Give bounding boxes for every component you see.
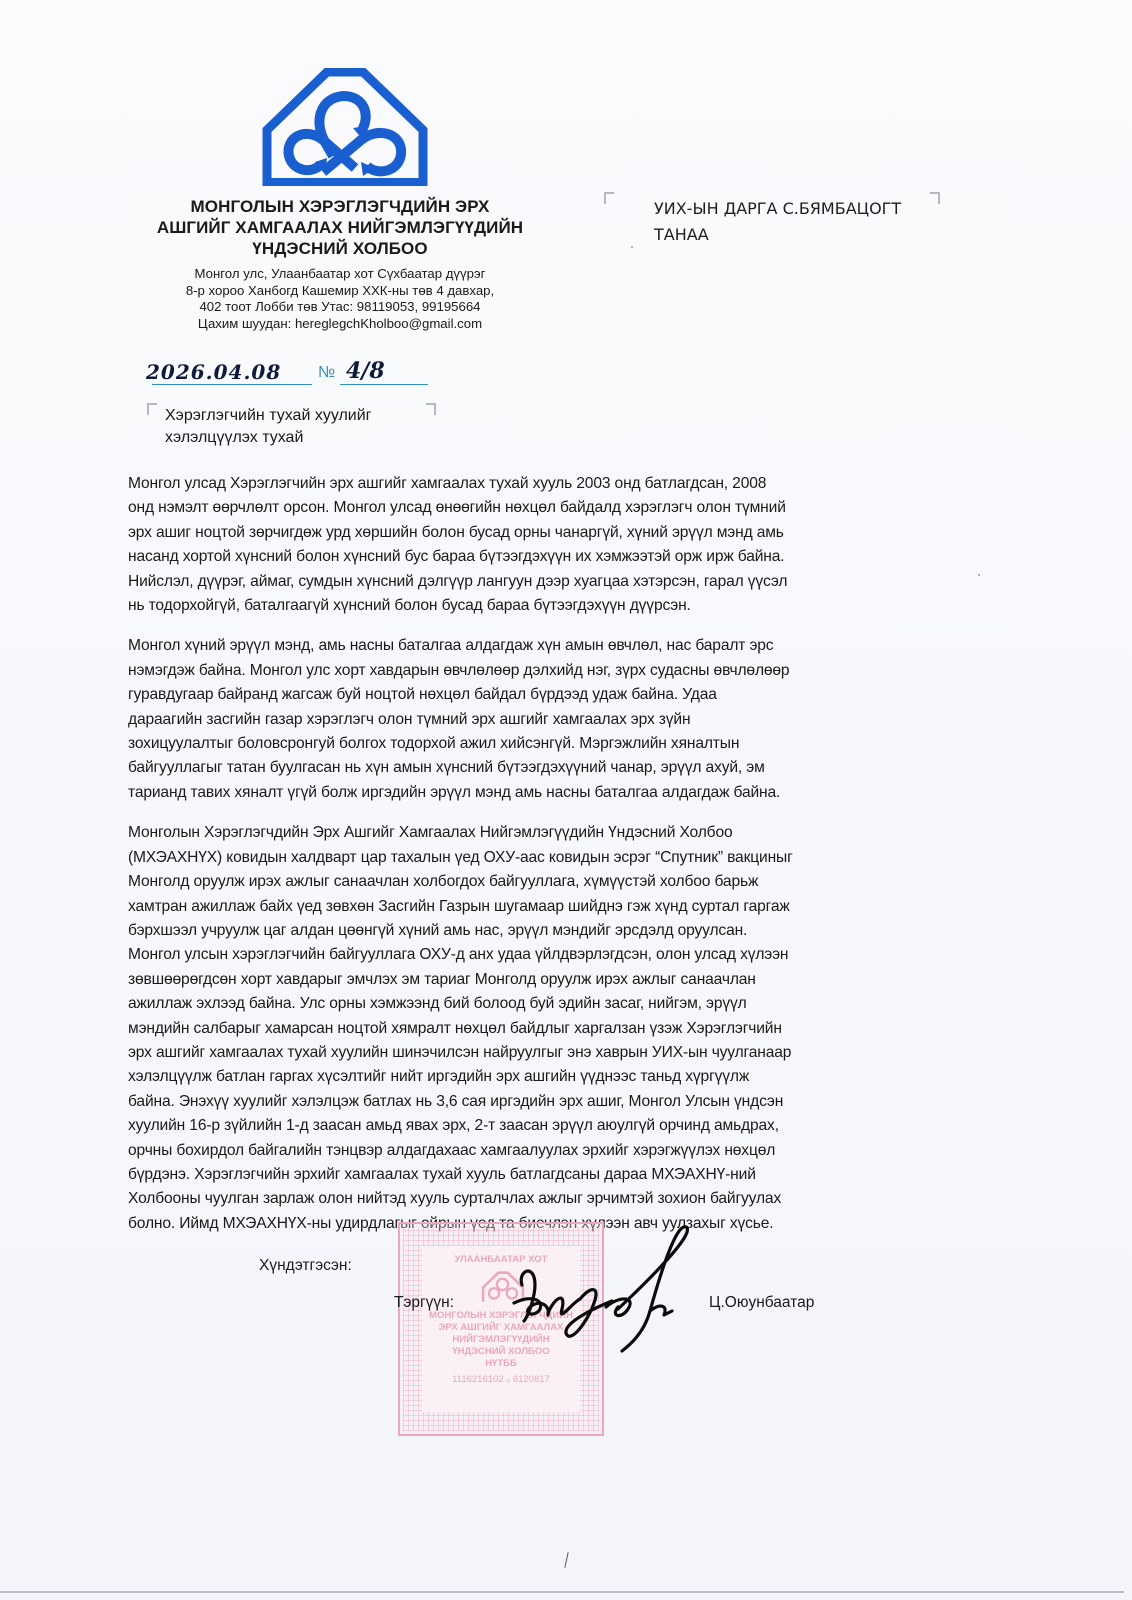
body-line: мэндийн салбарыг хамарсан ноцтой хямралт… bbox=[128, 1017, 988, 1041]
number-label: № bbox=[318, 364, 335, 382]
letter-body: Монгол улсад Хэрэглэгчийн эрх ашгийг хам… bbox=[128, 472, 988, 1252]
page-bottom-edge bbox=[0, 1591, 1124, 1593]
organization-name: МОНГОЛЫН ХЭРЭГЛЭГЧДИЙН ЭРХ АШГИЙГ ХАМГАА… bbox=[120, 196, 560, 259]
body-line: хуулийн 16-р зүйлийн 1-д заасан амьд ява… bbox=[128, 1114, 988, 1138]
letter-page: МОНГОЛЫН ХЭРЭГЛЭГЧДИЙН ЭРХ АШГИЙГ ХАМГАА… bbox=[0, 0, 1132, 1600]
body-line: байна. Энэхүү хуулийг хэлэлцэж батлах нь… bbox=[128, 1090, 988, 1114]
body-line: хэлэлцүүлж батлан гаргах хүсэлтийг нийт … bbox=[128, 1065, 988, 1089]
body-line: бэрхшээл учруулж цаг алдан цөөнгүй хүний… bbox=[128, 919, 988, 943]
body-line: нь тодорхойгүй, баталгаагүй хүнсний боло… bbox=[128, 594, 988, 618]
body-line: Холбооны чуулган зарлаж олон нийтэд хуул… bbox=[128, 1187, 988, 1211]
closing-phrase: Хүндэтгэсэн: bbox=[259, 1257, 352, 1275]
addressee-line: УИХ-ЫН ДАРГА С.БЯМБАЦОГТ bbox=[654, 196, 901, 222]
corner-bracket bbox=[930, 192, 940, 204]
pen-mark bbox=[564, 1552, 568, 1568]
body-line: хамтран ажиллаж байх үед зөвхөн Засгийн … bbox=[128, 895, 988, 919]
reference-line: 2026.04.08 № 4/8 bbox=[140, 360, 440, 386]
body-line: нэмэгдэж байна. Монгол улс хорт хавдарын… bbox=[128, 659, 988, 683]
addressee: УИХ-ЫН ДАРГА С.БЯМБАЦОГТ ТАНАА bbox=[654, 196, 901, 248]
body-line: эрх ашиг ноцтой зөрчигдөж урд хөршийн бо… bbox=[128, 521, 988, 545]
corner-bracket bbox=[604, 192, 614, 204]
body-line: орчны бохирдол байгалийн тэнцвэр алдагда… bbox=[128, 1139, 988, 1163]
body-paragraph: Монгол хүний эрүүл мэнд, амь насны батал… bbox=[128, 634, 988, 805]
body-line: Монгол улсад Хэрэглэгчийн эрх ашгийг хам… bbox=[128, 472, 988, 496]
address-line: 402 тоот Лобби төв Утас: 98119053, 99195… bbox=[120, 299, 560, 316]
letter-date: 2026.04.08 bbox=[146, 360, 281, 384]
address-line: Монгол улс, Улаанбаатар хот Сүхбаатар дү… bbox=[120, 266, 560, 283]
consumer-association-logo-icon bbox=[255, 68, 435, 188]
stamp-registration: 1116216102 ₀ 6120617 bbox=[422, 1374, 580, 1385]
scan-speck bbox=[631, 246, 633, 248]
body-line: байгууллагыг татан буулгасан нь хүн амын… bbox=[128, 756, 988, 780]
body-line: бүрдэнэ. Хэрэглэгчийн эрхийг хамгаалах т… bbox=[128, 1163, 988, 1187]
subject-line: Хэрэглэгчийн тухай хуулийг bbox=[165, 405, 372, 427]
body-line: зохицуулалтыг боловсронгуй болгох тодорх… bbox=[128, 732, 988, 756]
body-line: эрх ашгийг хамгаалах тухай хуулийн шинэч… bbox=[128, 1041, 988, 1065]
number-underline bbox=[340, 384, 428, 385]
corner-bracket bbox=[426, 403, 436, 415]
body-line: тарианд тавих хяналт үгүй болж иргэдийн … bbox=[128, 781, 988, 805]
body-line: Монгол хүний эрүүл мэнд, амь насны батал… bbox=[128, 634, 988, 658]
letter-subject: Хэрэглэгчийн тухай хуулийг хэлэлцүүлэх т… bbox=[165, 405, 372, 449]
body-line: ажиллаж эхлээд байна. Улс орны хэмжээнд … bbox=[128, 992, 988, 1016]
body-line: насанд хортой хүнсний болон хүнсний бус … bbox=[128, 545, 988, 569]
body-line: зөвшөөрөгдсөн хорт хавдарыг эмчлэх эм та… bbox=[128, 968, 988, 992]
body-line: Монголд оруулж ирэх ажлыг санаачлан холб… bbox=[128, 870, 988, 894]
handwritten-signature-icon bbox=[500, 1225, 710, 1355]
body-line: (МХЭАХНҮХ) ковидын халдварт цар тахалын … bbox=[128, 846, 988, 870]
date-underline bbox=[152, 384, 312, 385]
signer-title: Тэргүүн: bbox=[394, 1294, 454, 1312]
stamp-line: НҮТББ bbox=[422, 1358, 580, 1369]
addressee-line: ТАНАА bbox=[654, 222, 901, 248]
body-line: Монгол улсын хэрэглэгчийн байгууллага ОХ… bbox=[128, 943, 988, 967]
organization-address: Монгол улс, Улаанбаатар хот Сүхбаатар дү… bbox=[120, 266, 560, 332]
signer-name: Ц.Оюунбаатар bbox=[709, 1294, 814, 1312]
body-line: онд нэмэлт өөрчлөлт орсон. Монгол улсад … bbox=[128, 496, 988, 520]
org-name-line: АШГИЙГ ХАМГААЛАХ НИЙГЭМЛЭГҮҮДИЙН bbox=[120, 217, 560, 238]
body-paragraph: Монголын Хэрэглэгчдийн Эрх Ашгийг Хамгаа… bbox=[128, 821, 988, 1236]
org-name-line: МОНГОЛЫН ХЭРЭГЛЭГЧДИЙН ЭРХ bbox=[120, 196, 560, 217]
address-line: 8-р хороо Ханбогд Кашемир ХХК-ны төв 4 д… bbox=[120, 283, 560, 300]
body-line: гуравдугаар байранд жагсаж буй ноцтой нө… bbox=[128, 683, 988, 707]
subject-line: хэлэлцүүлэх тухай bbox=[165, 427, 372, 449]
letter-number: 4/8 bbox=[346, 358, 385, 384]
email-line: Цахим шуудан: hereglegchKholboo@gmail.co… bbox=[120, 316, 560, 333]
body-paragraph: Монгол улсад Хэрэглэгчийн эрх ашгийг хам… bbox=[128, 472, 988, 618]
body-line: Монголын Хэрэглэгчдийн Эрх Ашгийг Хамгаа… bbox=[128, 821, 988, 845]
org-name-line: ҮНДЭСНИЙ ХОЛБОО bbox=[120, 238, 560, 259]
body-line: дараагийн засгийн газар хэрэглэгч олон т… bbox=[128, 708, 988, 732]
corner-bracket bbox=[147, 403, 157, 415]
body-line: Нийслэл, дүүрэг, аймаг, сумдын хүнсний д… bbox=[128, 570, 988, 594]
scan-speck bbox=[978, 574, 980, 576]
